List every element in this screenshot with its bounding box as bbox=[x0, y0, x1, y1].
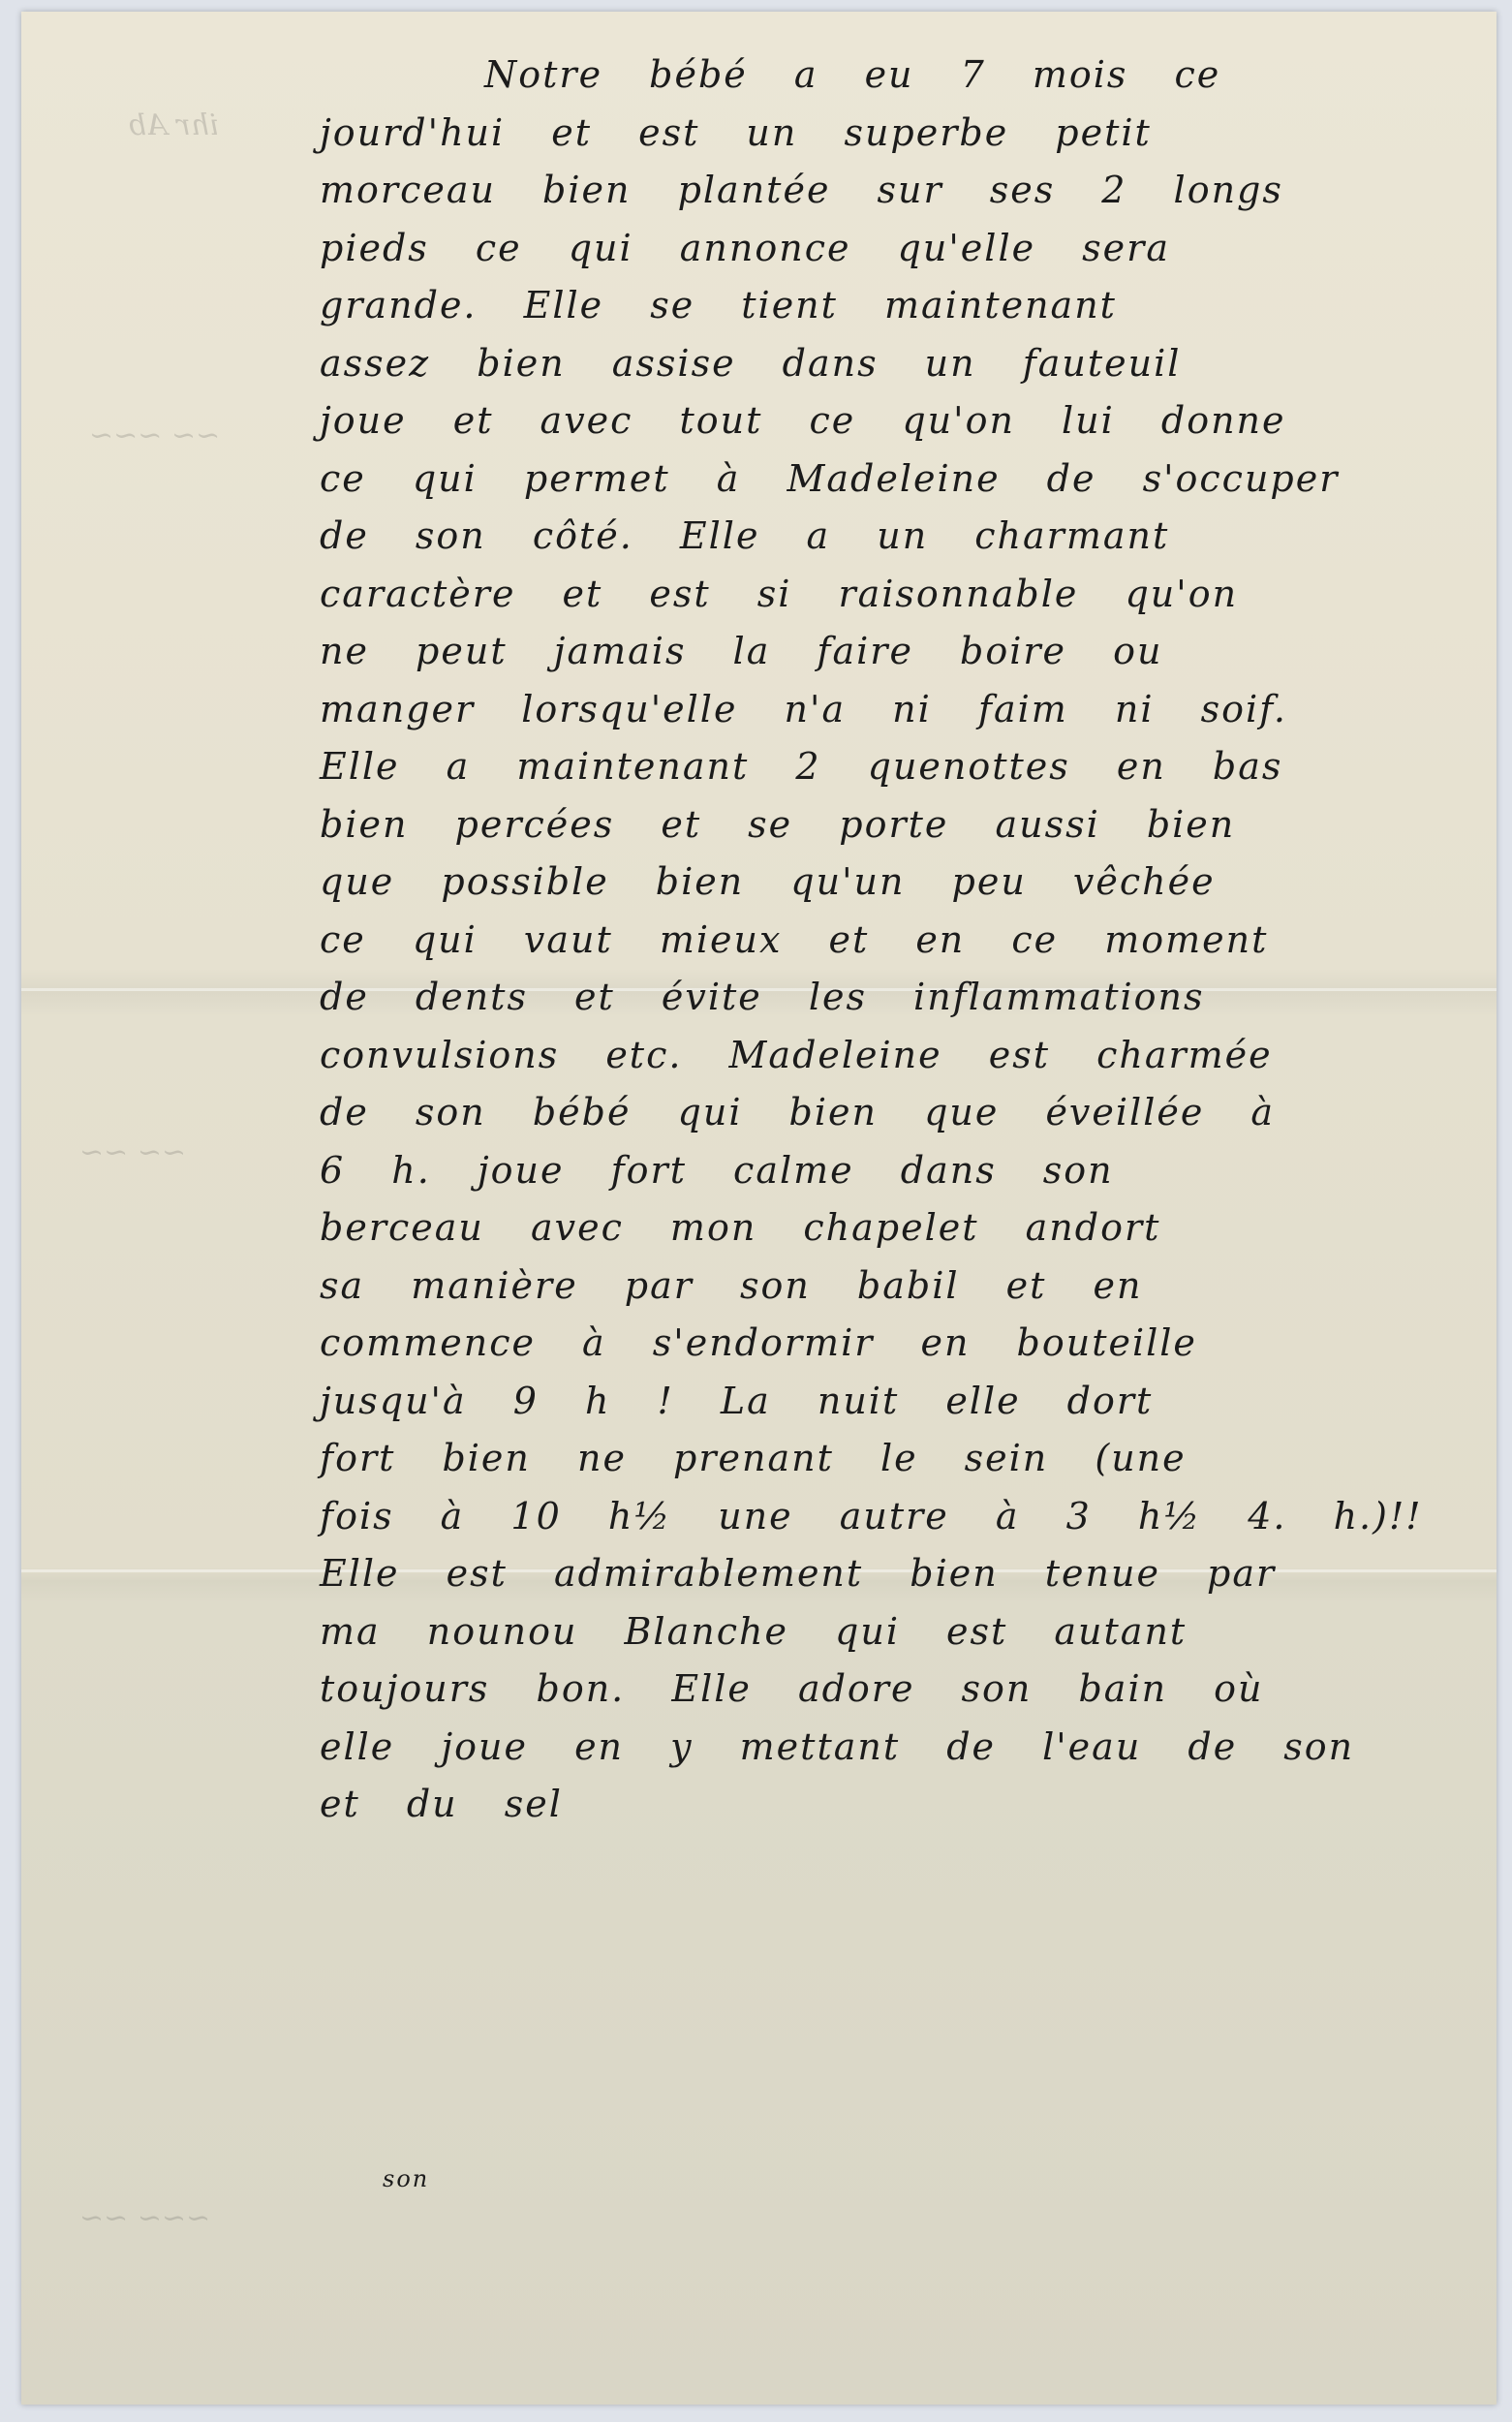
bleed-through-text: ~~~ ~~ bbox=[79, 2201, 210, 2235]
handwritten-line: de son côté. Elle a un charmant bbox=[320, 514, 1463, 557]
handwritten-line: jourd'hui et est un superbe petit bbox=[320, 111, 1463, 154]
handwritten-line: ne peut jamais la faire boire ou bbox=[320, 630, 1463, 672]
handwritten-line: de son bébé qui bien que éveillée à bbox=[320, 1091, 1463, 1133]
handwritten-line: berceau avec mon chapelet andort bbox=[320, 1206, 1463, 1249]
handwritten-line: convulsions etc. Madeleine est charmée bbox=[320, 1034, 1463, 1076]
bleed-through-text: ~~ ~~~ bbox=[89, 419, 220, 452]
handwritten-line: toujours bon. Elle adore son bain où bbox=[320, 1667, 1463, 1710]
handwritten-line: Elle a maintenant 2 quenottes en bas bbox=[320, 745, 1463, 788]
handwritten-line: bien percées et se porte aussi bien bbox=[320, 803, 1463, 846]
bleed-through-text: ihr Ab bbox=[128, 109, 219, 142]
handwritten-line: elle joue en y mettant de l'eau de son bbox=[320, 1725, 1463, 1768]
handwritten-line: assez bien assise dans un fauteuil bbox=[320, 342, 1463, 385]
handwritten-line: fort bien ne prenant le sein (une bbox=[320, 1437, 1463, 1479]
handwritten-line: 6 h. joue fort calme dans son bbox=[320, 1149, 1463, 1192]
handwritten-line: fois à 10 h½ une autre à 3 h½ 4. h.)!! bbox=[320, 1495, 1463, 1537]
handwritten-line: ce qui permet à Madeleine de s'occuper bbox=[320, 457, 1463, 500]
bleed-through-text: ~~ ~~ bbox=[79, 1135, 186, 1169]
handwritten-line: grande. Elle se tient maintenant bbox=[320, 284, 1463, 326]
handwritten-line: ma nounou Blanche qui est autant bbox=[320, 1610, 1463, 1653]
handwritten-line: caractère et est si raisonnable qu'on bbox=[320, 573, 1463, 615]
handwritten-line: commence à s'endormir en bouteille bbox=[320, 1321, 1463, 1364]
handwritten-line: Notre bébé a eu 7 mois ce bbox=[484, 53, 1512, 96]
handwritten-line: sa manière par son babil et en bbox=[320, 1264, 1463, 1307]
handwritten-line: pieds ce qui annonce qu'elle sera bbox=[320, 227, 1463, 269]
handwritten-line: que possible bien qu'un peu vêchée bbox=[320, 860, 1463, 903]
interlinear-insertion: son bbox=[383, 2165, 1512, 2192]
handwritten-line: de dents et évite les inflammations bbox=[320, 976, 1463, 1018]
handwritten-line: jusqu'à 9 h ! La nuit elle dort bbox=[320, 1380, 1463, 1422]
handwritten-line: Elle est admirablement bien tenue par bbox=[320, 1552, 1463, 1595]
handwritten-line: et du sel bbox=[320, 1783, 1463, 1825]
handwritten-line: manger lorsqu'elle n'a ni faim ni soif. bbox=[320, 688, 1463, 730]
handwritten-line: ce qui vaut mieux et en ce moment bbox=[320, 918, 1463, 961]
handwritten-line: morceau bien plantée sur ses 2 longs bbox=[320, 169, 1463, 211]
handwritten-line: joue et avec tout ce qu'on lui donne bbox=[320, 399, 1463, 442]
